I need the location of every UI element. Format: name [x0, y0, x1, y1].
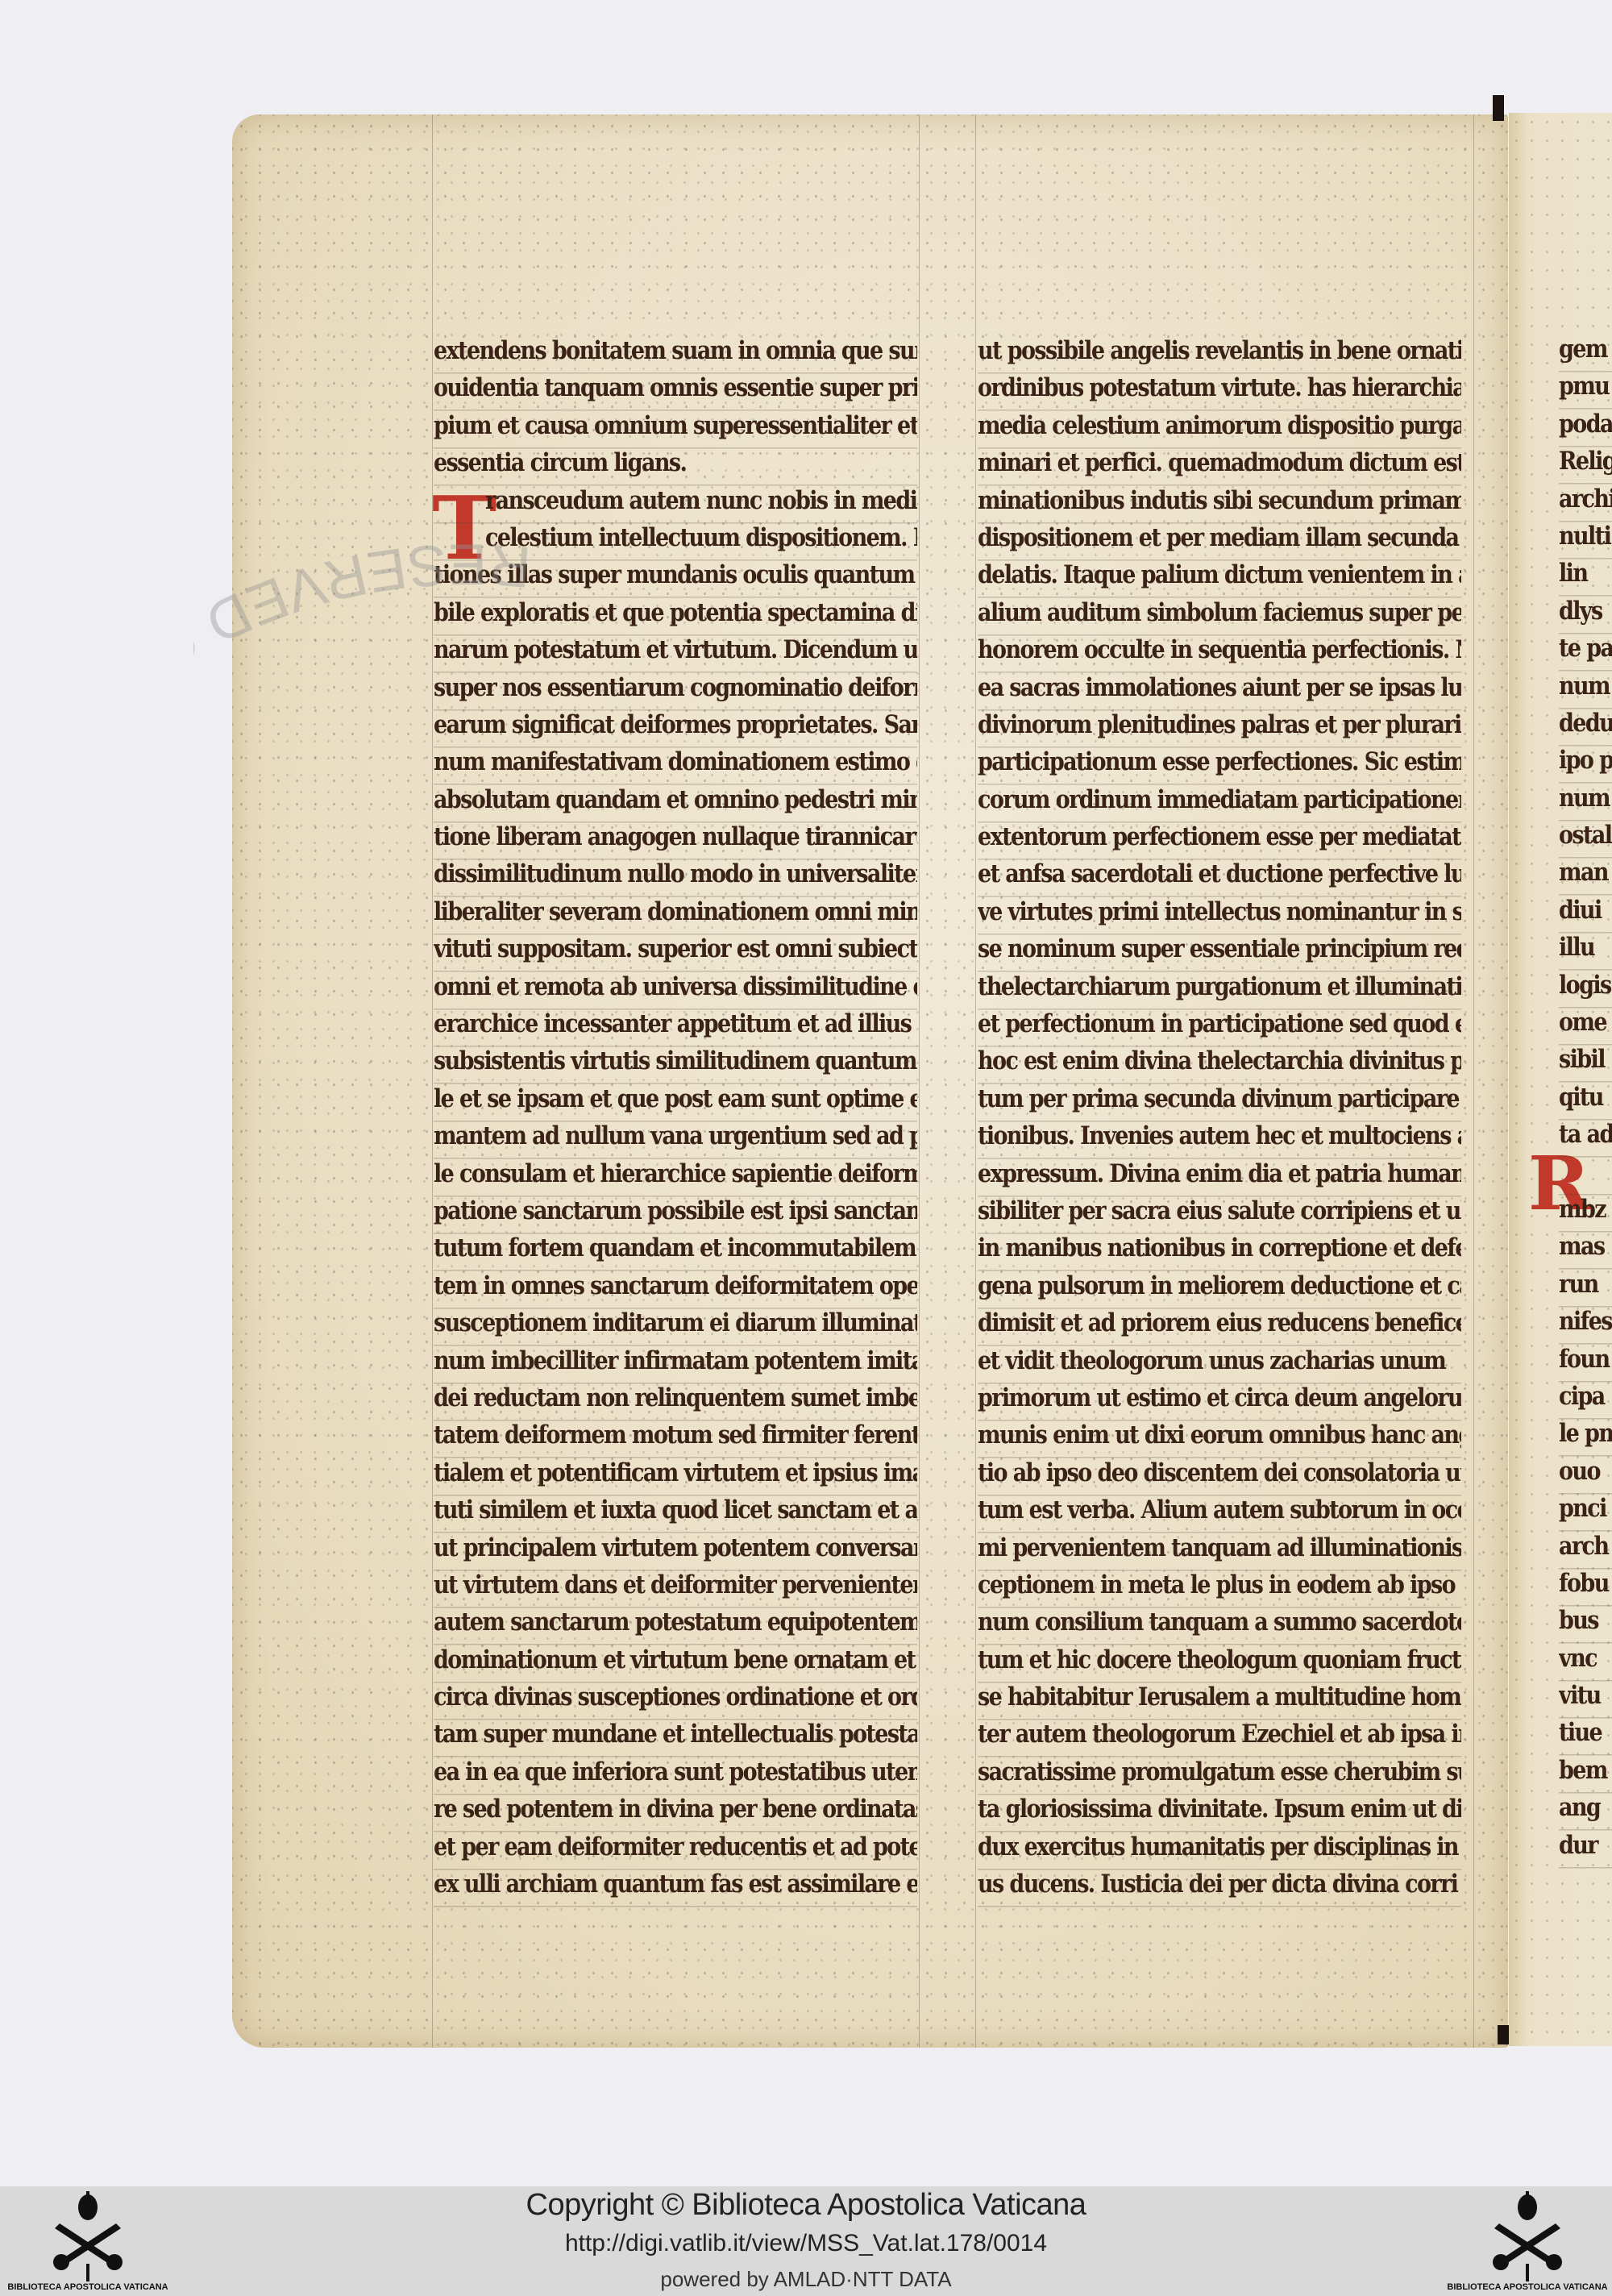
text-line: dimisit et ad priorem eius reducens bene…: [978, 1304, 1461, 1346]
text-line: num consilium tanquam a summo sacerdote …: [978, 1603, 1461, 1645]
text-line: Relig: [1559, 442, 1612, 485]
text-line: sibil: [1559, 1040, 1612, 1083]
text-line: autem sanctarum potestatum equipotentem …: [434, 1603, 917, 1645]
text-line: se nominum super essentiale principium r…: [978, 930, 1461, 972]
text-line: delatis. Itaque palium dictum venientem …: [978, 555, 1461, 598]
text-line: ordinibus potestatum virtute. has hierar…: [978, 368, 1461, 411]
text-line: expressum. Divina enim dia et patria hum…: [978, 1154, 1461, 1196]
text-line: ta ad: [1559, 1115, 1612, 1158]
text-line: et per eam deiformiter reducentis et ad …: [434, 1827, 917, 1870]
text-line: ea sacras immolationes aiunt per se ipsa…: [978, 668, 1461, 710]
copyright-text: Copyright © Biblioteca Apostolica Vatica…: [0, 2188, 1612, 2223]
text-line: te pa: [1559, 629, 1612, 672]
text-line: ta gloriosissima divinitate. Ipsum enim …: [978, 1790, 1461, 1832]
adjacent-folio: R gempmupodaReligarchinultilindlyste pan…: [1509, 113, 1612, 2046]
text-line: lin: [1559, 554, 1612, 597]
text-line: ex ulli archiam quantum fas est assimila…: [434, 1865, 917, 1907]
text-line: thelectarchiarum purgationum et illumina…: [978, 967, 1461, 1009]
text-line: tuti similem et iuxta quod licet sanctam…: [434, 1491, 917, 1533]
text-line: tionibus. Invenies autem hec et multocie…: [978, 1117, 1461, 1159]
powered-by-text: powered by AMLAD·NTT DATA: [0, 2267, 1612, 2292]
text-line: num imbecilliter infirmatam potentem imi…: [434, 1341, 917, 1383]
text-line: ter autem theologorum Ezechiel et ab ips…: [978, 1715, 1461, 1757]
text-line: bus: [1559, 1601, 1612, 1644]
text-line: tatem deiformem motum sed firmiter feren…: [434, 1416, 917, 1458]
vatican-library-logo-icon: BIBLIOTECA APOSTOLICA VATICANA: [1443, 2190, 1612, 2294]
text-line: honorem occulte in sequentia perfectioni…: [978, 630, 1461, 673]
text-line: ransceudum autem nunc nobis in mediam: [434, 480, 917, 523]
text-line: tiue: [1559, 1713, 1612, 1756]
text-line: arch: [1559, 1526, 1612, 1569]
text-line: le consulam et hierarchice sapientie dei…: [434, 1154, 917, 1196]
text-line: dissimilitudinum nullo modo in universal…: [434, 855, 917, 897]
text-column-left: extendens bonitatem suam in omnia que su…: [434, 334, 917, 1904]
text-column-right: ut possibile angelis revelantis in bene …: [978, 334, 1461, 1904]
text-line: tutum fortem quandam et incommutabilem v…: [434, 1229, 917, 1271]
text-line: logis: [1559, 965, 1612, 1008]
text-line: vituti suppositam. superior est omni sub…: [434, 930, 917, 972]
ruling-line: [1473, 114, 1474, 2048]
text-line: tum est verba. Alium autem subtorum in o…: [978, 1491, 1461, 1533]
text-line: mantem ad nullum vana urgentium sed ad p…: [434, 1117, 917, 1159]
text-line: ouidentia tanquam omnis essentie super p…: [434, 368, 917, 411]
text-column-adjacent: gempmupodaReligarchinultilindlyste panum…: [1559, 332, 1612, 1865]
manuscript-folio: T extendens bonitatem suam in omnia que …: [232, 114, 1508, 2048]
ruling-line: [975, 114, 976, 2048]
text-line: super nos essentiarum cognominatio deifo…: [434, 668, 917, 710]
text-line: et anfsa sacerdotali et ductione perfect…: [978, 855, 1461, 897]
text-line: mi pervenientem tanquam ad illuminationi…: [978, 1528, 1461, 1570]
ruling-line: [919, 114, 920, 2048]
text-line: ang: [1559, 1788, 1612, 1831]
text-line: essentia circum ligans.: [434, 443, 917, 486]
text-line: man: [1559, 853, 1612, 896]
image-viewer: T extendens bonitatem suam in omnia que …: [0, 0, 1612, 2186]
text-line: pnci: [1559, 1489, 1612, 1532]
text-line: minationibus indutis sibi secundum prima…: [978, 480, 1461, 523]
text-line: hoc est enim divina thelectarchia divini…: [978, 1042, 1461, 1084]
text-line: mas: [1559, 1227, 1612, 1270]
text-line: foun: [1559, 1339, 1612, 1382]
permalink-url[interactable]: http://digi.vatlib.it/view/MSS_Vat.lat.1…: [0, 2230, 1612, 2257]
text-line: munis enim ut dixi eorum omnibus hanc an…: [978, 1416, 1461, 1458]
binding-clip-top: [1493, 95, 1504, 121]
text-line: num: [1559, 666, 1612, 709]
text-line: [1559, 1152, 1612, 1195]
text-line: tam super mundane et intellectualis pote…: [434, 1715, 917, 1757]
text-line: ut principalem virtutem potentem convers…: [434, 1528, 917, 1570]
copyright-footer: BIBLIOTECA APOSTOLICA VATICANA Copyright…: [0, 2186, 1612, 2296]
text-line: dux exercitus humanitatis per disciplina…: [978, 1827, 1461, 1870]
text-line: le pn: [1559, 1414, 1612, 1457]
text-line: narum potestatum et virtutum. Dicendum u…: [434, 630, 917, 673]
text-line: illu: [1559, 928, 1612, 971]
text-line: participationum esse perfectiones. Sic e…: [978, 742, 1461, 785]
text-line: ipo p: [1559, 741, 1612, 784]
text-line: susceptionem inditarum ei diarum illumin…: [434, 1304, 917, 1346]
text-line: nifes: [1559, 1302, 1612, 1345]
text-line: et vidit theologorum unus zacharias unum: [978, 1341, 1461, 1383]
svg-text:BIBLIOTECA APOSTOLICA VATICANA: BIBLIOTECA APOSTOLICA VATICANA: [1447, 2282, 1607, 2292]
text-line: num manifestativam dominationem estimo d…: [434, 742, 917, 785]
text-line: archi: [1559, 479, 1612, 522]
text-line: minari et perfici. quemadmodum dictum es…: [978, 443, 1461, 486]
text-line: subsistentis virtutis similitudinem quan…: [434, 1042, 917, 1084]
text-line: us ducens. Iusticia dei per dicta divina…: [978, 1865, 1461, 1907]
text-line: omni et remota ab universa dissimilitudi…: [434, 967, 917, 1009]
text-line: tiones illas super mundanis oculis quant…: [434, 555, 917, 598]
ruling-line: [432, 114, 433, 2048]
text-line: in manibus nationibus in correptione et …: [978, 1229, 1461, 1271]
text-line: re sed potentem in divina per bene ordin…: [434, 1790, 917, 1832]
text-line: pmu: [1559, 367, 1612, 410]
text-line: dur: [1559, 1825, 1612, 1868]
